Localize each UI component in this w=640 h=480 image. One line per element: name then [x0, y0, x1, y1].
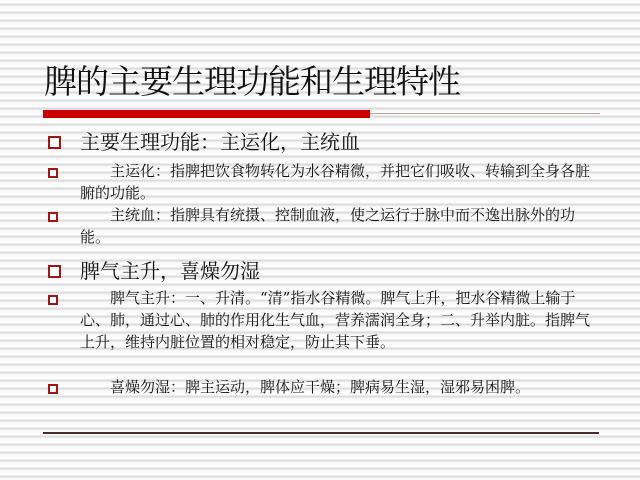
item-text: 喜燥勿湿：脾主运动，脾体应干燥；脾病易生湿，湿邪易困脾。	[110, 378, 530, 396]
item-text: 主统血：指脾具有统摄、控制血液，使之运行于脉中而不逸出脉外的功能。	[80, 206, 575, 246]
square-bullet-icon	[48, 136, 61, 149]
section-heading-functions: 主要生理功能：主运化，主统血	[80, 129, 360, 155]
item-transport-transform: 主运化：指脾把饮食物转化为水谷精微，并把它们吸收、转输到全身各脏腑的功能。	[80, 160, 600, 204]
square-bullet-icon	[48, 212, 58, 222]
slide-title: 脾的主要生理功能和生理特性	[44, 62, 460, 102]
bottom-divider	[43, 432, 599, 434]
square-bullet-icon	[48, 295, 58, 305]
title-underline-accent	[43, 110, 370, 118]
item-likes-dryness: 喜燥勿湿：脾主运动，脾体应干燥；脾病易生湿，湿邪易困脾。	[80, 376, 600, 398]
section-heading-characteristics: 脾气主升，喜燥勿湿	[80, 258, 260, 284]
square-bullet-icon	[48, 168, 58, 178]
square-bullet-icon	[48, 265, 61, 278]
title-underline-thin	[370, 113, 600, 114]
item-text: 脾气主升：一、升清。“清”指水谷精微。脾气上升，把水谷精微上输于心、肺，通过心、…	[80, 289, 590, 351]
square-bullet-icon	[48, 384, 58, 394]
item-spleen-qi-ascends: 脾气主升：一、升清。“清”指水谷精微。脾气上升，把水谷精微上输于心、肺，通过心、…	[80, 287, 600, 353]
item-control-blood: 主统血：指脾具有统摄、控制血液，使之运行于脉中而不逸出脉外的功能。	[80, 204, 600, 248]
item-text: 主运化：指脾把饮食物转化为水谷精微，并把它们吸收、转输到全身各脏腑的功能。	[80, 162, 590, 202]
